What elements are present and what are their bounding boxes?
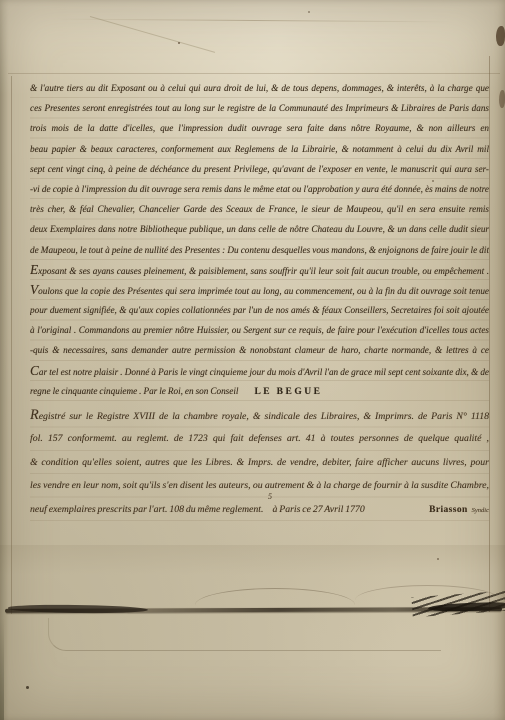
council-signature: LE BEGUE bbox=[254, 382, 322, 401]
privilege-line: pour duement signifiée, & qu'aux copies … bbox=[30, 300, 489, 320]
privilege-line: sept cent vingt cinq, à peine de déchéan… bbox=[30, 159, 489, 179]
register-line: & condition qu'elles soient, autres que … bbox=[30, 451, 489, 474]
register-line: les vendre en leur nom, soit qu'ils s'en… bbox=[30, 474, 489, 497]
paper-fold-shadow bbox=[0, 545, 505, 575]
document-page: & l'autre tiers au dit Exposant ou à cel… bbox=[0, 0, 505, 720]
register-final-row: neuf exemplaires prescrits par l'art. 10… bbox=[30, 498, 489, 521]
privilege-line: beau papier & beaux caracteres, conforme… bbox=[30, 139, 489, 159]
privilege-line: Voulons que la copie des Présentes qui s… bbox=[30, 280, 489, 300]
privilege-line: & l'autre tiers au dit Exposant ou à cel… bbox=[30, 78, 489, 98]
privilege-line: à l'original . Commandons au premier nôt… bbox=[30, 320, 489, 340]
pencil-arc bbox=[195, 588, 355, 605]
faint-outline-bottom bbox=[48, 618, 441, 651]
privilege-closing-row: regne le cinquante cinquieme . Par le Ro… bbox=[30, 381, 489, 401]
signature-title: Syndic bbox=[472, 499, 489, 521]
paper-scratch bbox=[90, 16, 215, 53]
paper-speck bbox=[178, 42, 180, 44]
correction-mark: 5 bbox=[268, 492, 272, 501]
paper-speck bbox=[26, 686, 29, 689]
registration-block: Registré sur le Registre XVIII de la cha… bbox=[30, 404, 489, 521]
privilege-line: de Maupeou, le tout à peine de nullité d… bbox=[30, 240, 489, 260]
registration-date: à Paris ce 27 Avril 1770 bbox=[272, 498, 364, 521]
frame-rule-top bbox=[8, 73, 500, 74]
privilege-line: Car tel est notre plaisir . Donné à Pari… bbox=[30, 361, 489, 381]
privilege-line: -vi de copie à l'impression du dit ouvra… bbox=[30, 179, 489, 199]
privilege-line: deux Exemplaires dans notre Bibliotheque… bbox=[30, 219, 489, 239]
privilege-line: très cher, & féal Chevalier, Chancelier … bbox=[30, 199, 489, 219]
signature-briasson: Briasson bbox=[429, 499, 468, 521]
frame-rule-right bbox=[489, 56, 490, 612]
privilege-text-block: & l'autre tiers au dit Exposant ou à cel… bbox=[30, 78, 489, 401]
privilege-line: -quis & necessaires, sans demander autre… bbox=[30, 340, 489, 360]
privilege-line: ces Presentes seront enregistrées tout a… bbox=[30, 98, 489, 118]
paper-crease bbox=[55, 19, 455, 23]
register-line: Registré sur le Registre XVIII de la cha… bbox=[30, 404, 489, 427]
ink-blob-right-edge bbox=[499, 90, 505, 108]
privilege-line: Exposant & ses ayans causes pleinement, … bbox=[30, 260, 489, 280]
frame-rule-left bbox=[11, 76, 12, 614]
ink-blob-right-edge bbox=[496, 26, 505, 46]
closing-line-text: regne le cinquante cinquieme . Par le Ro… bbox=[30, 381, 238, 401]
register-final-text: neuf exemplaires prescrits par l'art. 10… bbox=[30, 498, 263, 521]
page-edge-shadow bbox=[0, 618, 4, 720]
register-line: fol. 157 conformemt. au reglemt. de 1723… bbox=[30, 427, 489, 450]
privilege-line: trois mois de la datte d'icelles, que l'… bbox=[30, 118, 489, 138]
paper-speck bbox=[308, 11, 310, 13]
